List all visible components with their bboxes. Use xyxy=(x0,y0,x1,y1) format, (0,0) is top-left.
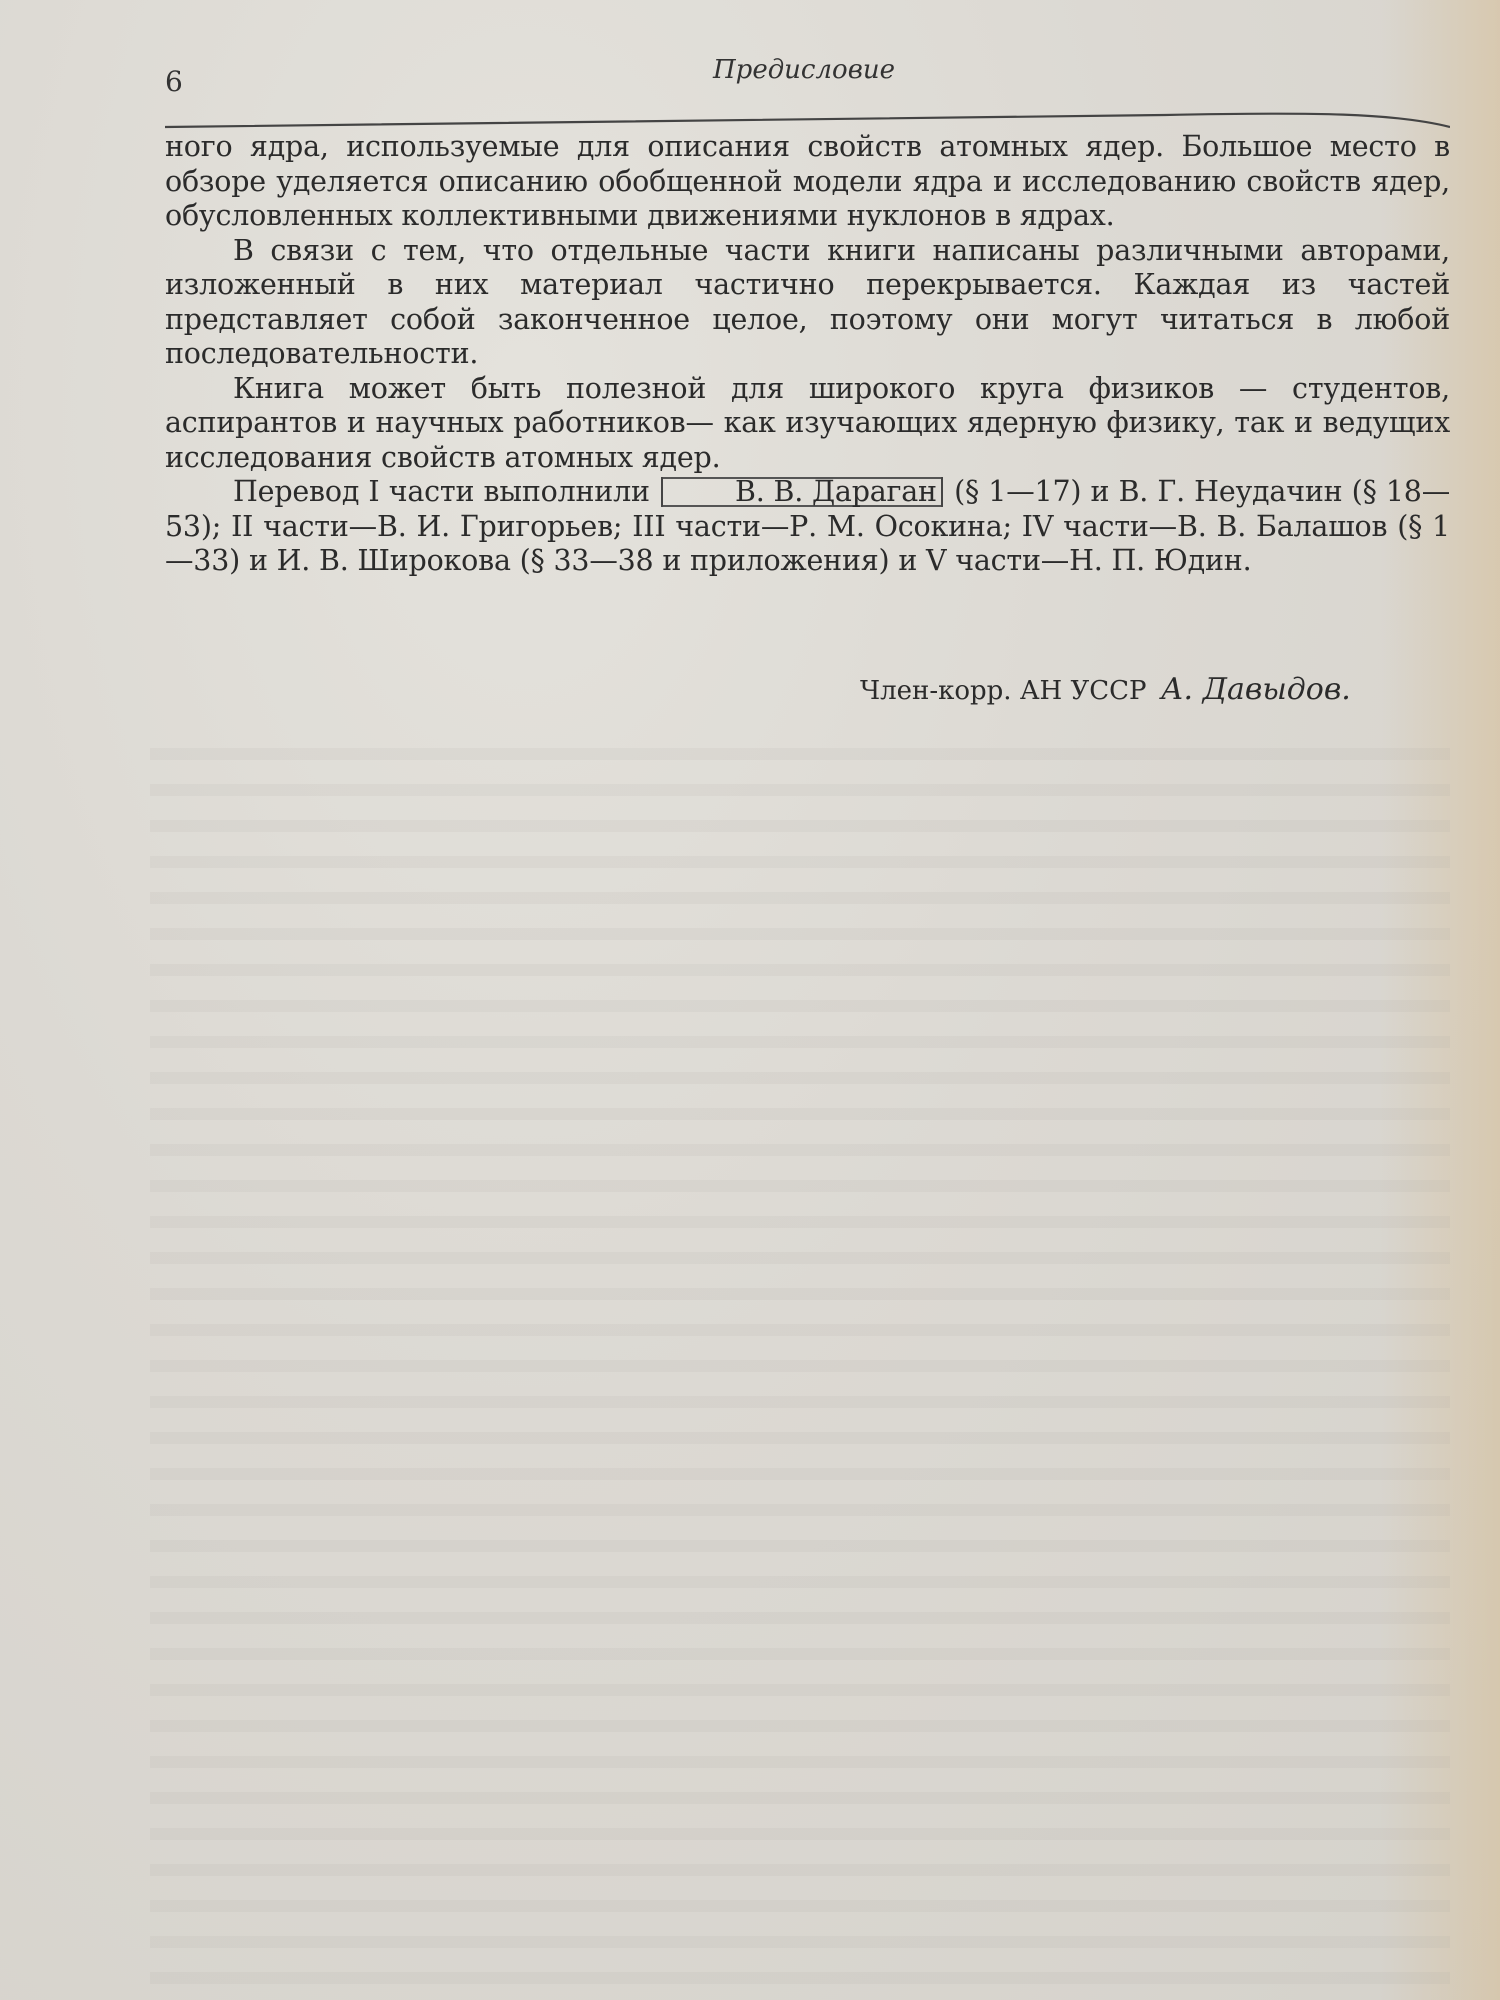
paragraph-parts-overlap: В связи с тем, что отдельные части книги… xyxy=(165,234,1450,372)
header-rule xyxy=(165,101,1450,133)
signature: Член-корр. АН УССР А. Давыдов. xyxy=(860,672,1351,707)
boxed-name: В. В. Дараган xyxy=(661,477,943,507)
body-text: ного ядра, используемые для описания сво… xyxy=(165,130,1450,579)
paragraph-audience: Книга может быть полезной для широкого к… xyxy=(165,372,1450,476)
paragraph-translators: Перевод I части выполнили В. В. Дараган … xyxy=(165,475,1450,579)
translators-intro: Перевод I части выполнили xyxy=(233,475,650,508)
running-title: Предисловие xyxy=(713,55,895,85)
book-page: 6 Предисловие ного ядра, используемые дл… xyxy=(0,0,1500,2000)
running-head: 6 Предисловие xyxy=(165,55,1450,105)
page-number: 6 xyxy=(165,65,183,98)
paragraph-continuation: ного ядра, используемые для описания сво… xyxy=(165,130,1450,234)
signature-name: А. Давыдов. xyxy=(1161,672,1351,707)
bleed-through-texture xyxy=(150,730,1450,1990)
signature-title: Член-корр. АН УССР xyxy=(860,676,1147,706)
